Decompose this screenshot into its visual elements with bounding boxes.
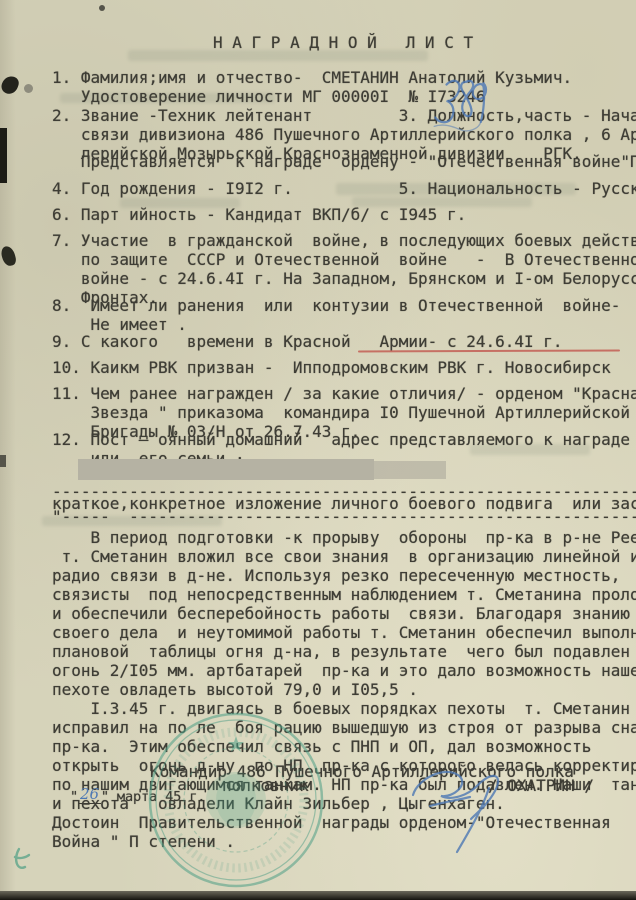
scan-edge-mark bbox=[0, 455, 6, 467]
field-wounds: 8. Имеет ли ранения или контузии в Отече… bbox=[52, 296, 620, 334]
field-red-army-since: 9. С какого времени в Красной Армии- с 2… bbox=[52, 332, 563, 351]
redaction-bar bbox=[372, 461, 446, 479]
scan-edge-mark bbox=[0, 128, 7, 183]
field-birth-year-nationality: 4. Год рождения - I9I2 г. 5. Национально… bbox=[52, 179, 636, 198]
paper-spot bbox=[24, 84, 33, 93]
ink-blot bbox=[0, 74, 21, 96]
commander-rank: полковник bbox=[222, 776, 309, 795]
date-line: "26" марта 45 г. bbox=[70, 789, 205, 804]
date-quote-open: " bbox=[70, 789, 78, 805]
scan-bottom-edge bbox=[0, 891, 636, 900]
award-sheet-page: Н А Г Р А Д Н О Й Л И С Т 1. Фамилия;имя… bbox=[0, 0, 636, 900]
ink-blot bbox=[0, 245, 17, 268]
separator-dashes: "----- ---------------------------------… bbox=[52, 507, 636, 526]
red-pencil-underline bbox=[358, 350, 620, 353]
handwritten-day: 26 bbox=[78, 785, 101, 804]
date-rest: " марта 45 г. bbox=[101, 789, 205, 805]
field-name-surname: 1. Фамилия;имя и отчество- СМЕТАНИН Анат… bbox=[52, 68, 572, 106]
redaction-bar bbox=[78, 459, 374, 480]
stamp-edge-mark bbox=[5, 845, 35, 880]
field-recommended-award: Представляется к награде ордену - "Отече… bbox=[52, 152, 636, 171]
paper-spot bbox=[99, 5, 105, 11]
field-party-membership: 6. Парт ийность - Кандидат ВКП/б/ с I945… bbox=[52, 205, 466, 224]
field-drafted-by: 10. Каикм РВК призван - Ипподромовским Р… bbox=[52, 358, 611, 377]
document-title: Н А Г Р А Д Н О Й Л И С Т bbox=[213, 33, 473, 52]
commander-name: / ОХАТРИН / bbox=[488, 776, 594, 795]
